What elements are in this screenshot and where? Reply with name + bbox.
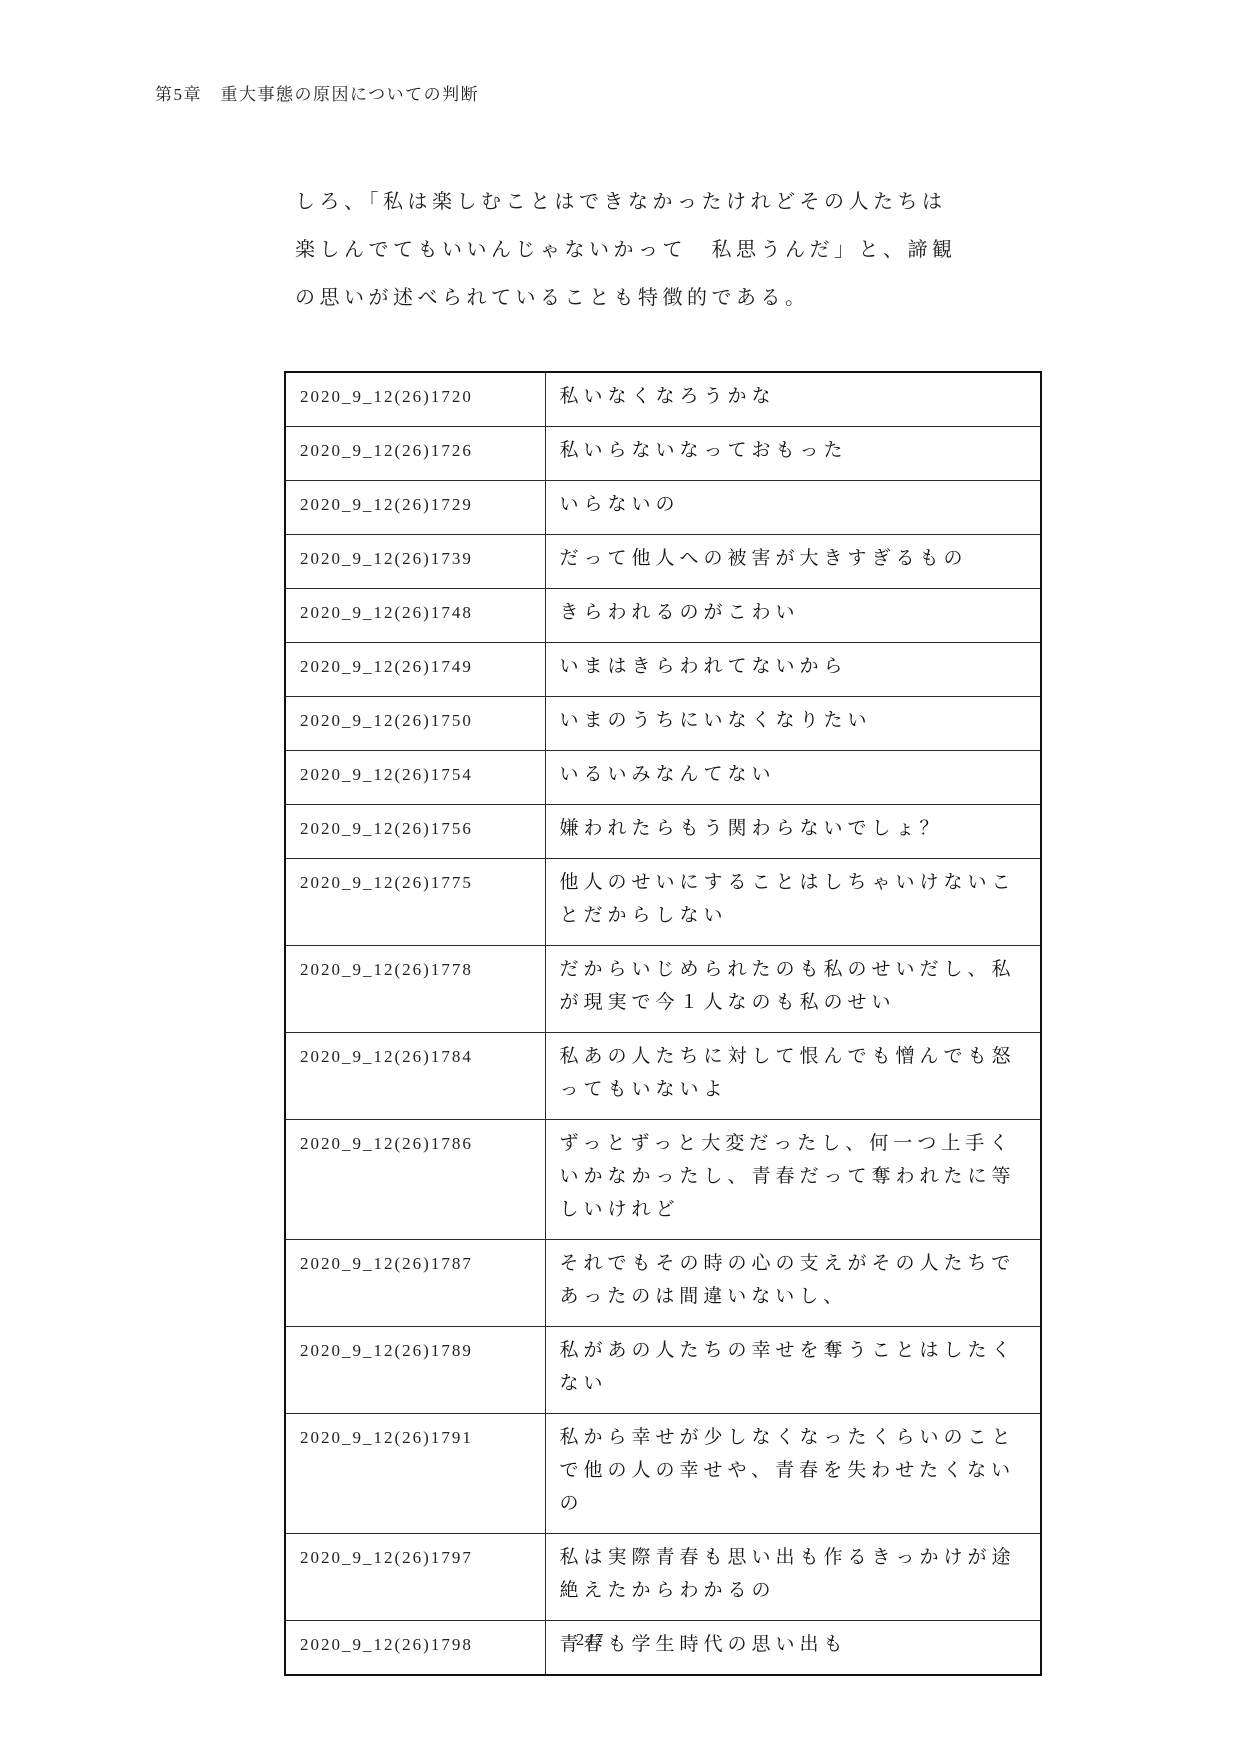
message-cell: 嫌われたらもう関わらないでしょ？ (545, 805, 1041, 859)
message-cell: それでもその時の心の支えがその人たちであったのは間違いないし、 (545, 1240, 1041, 1327)
message-cell: 私から幸せが少しなくなったくらいのことで他の人の幸せや、青春を失わせたくないの (545, 1414, 1041, 1534)
message-log-table: 2020_9_12(26)1720私いなくなろうかな2020_9_12(26)1… (284, 371, 1042, 1676)
message-cell: 私いなくなろうかな (545, 372, 1041, 427)
message-cell: いまのうちにいなくなりたい (545, 697, 1041, 751)
paragraph-line: 楽しんでてもいいんじゃないかって 私思うんだ」と、諦観 (295, 226, 985, 274)
table-row: 2020_9_12(26)1775他人のせいにすることはしちゃいけないことだから… (285, 859, 1041, 946)
timestamp-cell: 2020_9_12(26)1787 (285, 1240, 545, 1327)
table-row: 2020_9_12(26)1787それでもその時の心の支えがその人たちであったの… (285, 1240, 1041, 1327)
timestamp-cell: 2020_9_12(26)1778 (285, 946, 545, 1033)
table-row: 2020_9_12(26)1749いまはきらわれてないから (285, 643, 1041, 697)
table-row: 2020_9_12(26)1750いまのうちにいなくなりたい (285, 697, 1041, 751)
message-cell: いまはきらわれてないから (545, 643, 1041, 697)
timestamp-cell: 2020_9_12(26)1789 (285, 1327, 545, 1414)
message-cell: いらないの (545, 481, 1041, 535)
table-row: 2020_9_12(26)1784私あの人たちに対して恨んでも憎んでも怒ってもい… (285, 1033, 1041, 1120)
timestamp-cell: 2020_9_12(26)1729 (285, 481, 545, 535)
message-cell: だって他人への被害が大きすぎるもの (545, 535, 1041, 589)
timestamp-cell: 2020_9_12(26)1748 (285, 589, 545, 643)
table-row: 2020_9_12(26)1739だって他人への被害が大きすぎるもの (285, 535, 1041, 589)
table-row: 2020_9_12(26)1726私いらないなっておもった (285, 427, 1041, 481)
timestamp-cell: 2020_9_12(26)1784 (285, 1033, 545, 1120)
table-row: 2020_9_12(26)1748きらわれるのがこわい (285, 589, 1041, 643)
table-row: 2020_9_12(26)1789私があの人たちの幸せを奪うことはしたくない (285, 1327, 1041, 1414)
table-row: 2020_9_12(26)1791私から幸せが少しなくなったくらいのことで他の人… (285, 1414, 1041, 1534)
chapter-header: 第5章 重大事態の原因についての判断 (155, 80, 479, 105)
message-cell: 私いらないなっておもった (545, 427, 1041, 481)
message-cell: ずっとずっと大変だったし、何一つ上手くいかなかったし、青春だって奪われたに等しい… (545, 1120, 1041, 1240)
table-row: 2020_9_12(26)1756嫌われたらもう関わらないでしょ？ (285, 805, 1041, 859)
message-cell: 私があの人たちの幸せを奪うことはしたくない (545, 1327, 1041, 1414)
message-cell: 私あの人たちに対して恨んでも憎んでも怒ってもいないよ (545, 1033, 1041, 1120)
table-row: 2020_9_12(26)1778だからいじめられたのも私のせいだし、私が現実で… (285, 946, 1041, 1033)
message-cell: 他人のせいにすることはしちゃいけないことだからしない (545, 859, 1041, 946)
message-cell: いるいみなんてない (545, 751, 1041, 805)
paragraph-line: しろ、「私は楽しむことはできなかったけれどその人たちは (295, 178, 985, 226)
timestamp-cell: 2020_9_12(26)1797 (285, 1534, 545, 1621)
page-number: 247 (0, 1630, 1180, 1650)
timestamp-cell: 2020_9_12(26)1756 (285, 805, 545, 859)
timestamp-cell: 2020_9_12(26)1791 (285, 1414, 545, 1534)
paragraph-line: の思いが述べられていることも特徴的である。 (295, 274, 985, 322)
message-cell: きらわれるのがこわい (545, 589, 1041, 643)
timestamp-cell: 2020_9_12(26)1739 (285, 535, 545, 589)
timestamp-cell: 2020_9_12(26)1775 (285, 859, 545, 946)
timestamp-cell: 2020_9_12(26)1720 (285, 372, 545, 427)
timestamp-cell: 2020_9_12(26)1786 (285, 1120, 545, 1240)
table-row: 2020_9_12(26)1720私いなくなろうかな (285, 372, 1041, 427)
timestamp-cell: 2020_9_12(26)1754 (285, 751, 545, 805)
timestamp-cell: 2020_9_12(26)1726 (285, 427, 545, 481)
message-cell: 私は実際青春も思い出も作るきっかけが途絶えたからわかるの (545, 1534, 1041, 1621)
intro-paragraph: しろ、「私は楽しむことはできなかったけれどその人たちは 楽しんでてもいいんじゃな… (295, 178, 985, 322)
document-page: 第5章 重大事態の原因についての判断 しろ、「私は楽しむことはできなかったけれど… (0, 0, 1239, 1754)
table-row: 2020_9_12(26)1797私は実際青春も思い出も作るきっかけが途絶えたか… (285, 1534, 1041, 1621)
table-row: 2020_9_12(26)1729いらないの (285, 481, 1041, 535)
table-row: 2020_9_12(26)1754いるいみなんてない (285, 751, 1041, 805)
message-cell: だからいじめられたのも私のせいだし、私が現実で今１人なのも私のせい (545, 946, 1041, 1033)
timestamp-cell: 2020_9_12(26)1750 (285, 697, 545, 751)
timestamp-cell: 2020_9_12(26)1749 (285, 643, 545, 697)
log-table-body: 2020_9_12(26)1720私いなくなろうかな2020_9_12(26)1… (285, 372, 1041, 1675)
table-row: 2020_9_12(26)1786ずっとずっと大変だったし、何一つ上手くいかなか… (285, 1120, 1041, 1240)
